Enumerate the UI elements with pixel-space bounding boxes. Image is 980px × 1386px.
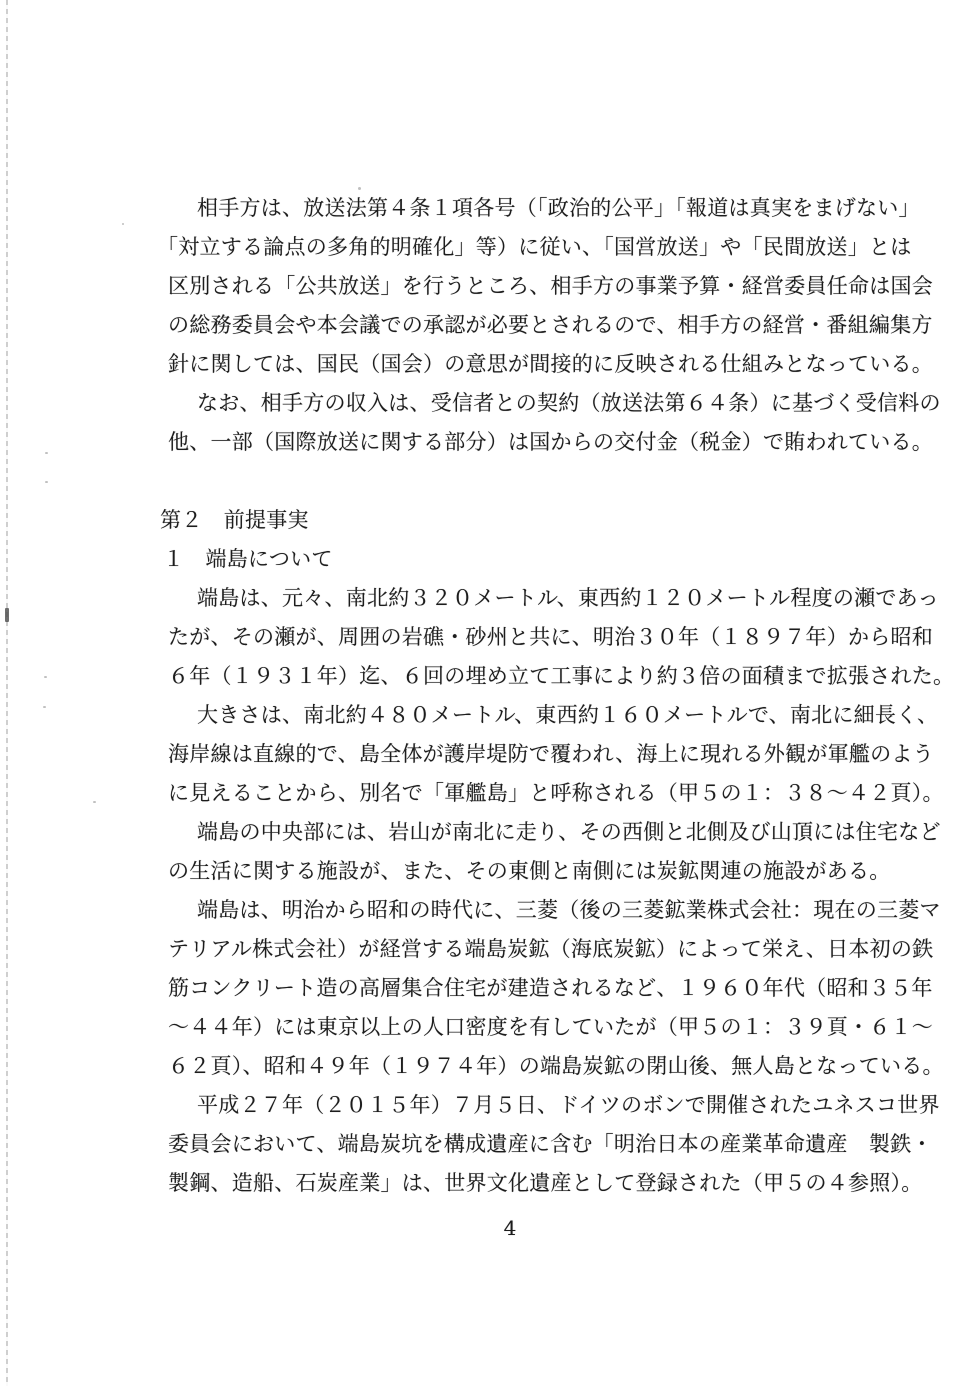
text-line: 端島は、元々、南北約３２０メートル、東西約１２０メートル程度の瀬であっ <box>160 579 920 618</box>
scanned-document-page: 相手方は、放送法第４条１項各号（「政治的公平」「報道は真実をまげない」「対立する… <box>0 0 980 1386</box>
scan-speck <box>122 223 124 225</box>
text-line: 端島の中央部には、岩山が南北に走り、その西側と北側及び山頂には住宅など <box>160 813 920 852</box>
text-line: テリアル株式会社）が経営する端島炭鉱（海底炭鉱）によって栄え、日本初の鉄 <box>160 930 920 969</box>
text-line: 筋コンクリート造の高層集合住宅が建造されるなど、１９６０年代（昭和３５年 <box>160 969 920 1008</box>
text-line: の生活に関する施設が、また、その東側と南側には炭鉱関連の施設がある。 <box>160 852 920 891</box>
text-line: ～４４年）には東京以上の人口密度を有していたが（甲５の１：３９頁・６１～ <box>160 1008 920 1047</box>
text-line: 針に関しては、国民（国会）の意思が間接的に反映される仕組みとなっている。 <box>160 345 920 384</box>
scan-speck <box>45 452 48 454</box>
text-line: 平成２７年（２０１５年）７月５日、ドイツのボンで開催されたユネスコ世界 <box>160 1086 920 1125</box>
scan-edge-blob <box>5 608 9 622</box>
scan-speck <box>43 706 46 708</box>
text-line: ６年（１９３１年）迄、６回の埋め立て工事により約３倍の面積まで拡張された。 <box>160 657 920 696</box>
text-line: たが、その瀬が、周囲の岩礁・砂州と共に、明治３０年（１８９７年）から昭和 <box>160 618 920 657</box>
text-line: なお、相手方の収入は、受信者との契約（放送法第６４条）に基づく受信料の <box>160 384 920 423</box>
page-number: 4 <box>496 1216 524 1240</box>
scan-edge-artifact <box>6 0 8 1386</box>
text-line: 製鋼、造船、石炭産業」は、世界文化遺産として登録された（甲５の４参照）。 <box>160 1164 920 1203</box>
text-line: 委員会において、端島炭坑を構成遺産に含む「明治日本の産業革命遺産 製鉄・ <box>160 1125 920 1164</box>
document-body: 相手方は、放送法第４条１項各号（「政治的公平」「報道は真実をまげない」「対立する… <box>160 189 920 1203</box>
text-line: 相手方は、放送法第４条１項各号（「政治的公平」「報道は真実をまげない」 <box>160 189 920 228</box>
text-line: 大きさは、南北約４８０メートル、東西約１６０メートルで、南北に細長く、 <box>160 696 920 735</box>
text-line: 端島は、明治から昭和の時代に、三菱（後の三菱鉱業株式会社：現在の三菱マ <box>160 891 920 930</box>
text-line: 海岸線は直線的で、島全体が護岸堤防で覆われ、海上に現れる外観が軍艦のよう <box>160 735 920 774</box>
scan-speck <box>93 801 96 803</box>
text-line: ６２頁）、昭和４９年（１９７４年）の端島炭鉱の閉山後、無人島となっている。 <box>160 1047 920 1086</box>
text-line: 他、一部（国際放送に関する部分）は国からの交付金（税金）で賄われている。 <box>160 423 920 462</box>
text-line: 「対立する論点の多角的明確化」等）に従い、「国営放送」や「民間放送」とは <box>157 228 920 267</box>
text-line: の総務委員会や本会議での承認が必要とされるので、相手方の経営・番組編集方 <box>160 306 920 345</box>
scan-speck <box>45 481 48 483</box>
text-line: 区別される「公共放送」を行うところ、相手方の事業予算・経営委員任命は国会 <box>160 267 920 306</box>
subsection-heading: １ 端島について <box>160 540 920 579</box>
text-line: に見えることから、別名で「軍艦島」と呼称される（甲５の１：３８～４２頁）。 <box>160 774 920 813</box>
blank-line <box>160 462 920 501</box>
section-heading: 第２ 前提事実 <box>160 501 920 540</box>
scan-speck <box>44 676 47 678</box>
